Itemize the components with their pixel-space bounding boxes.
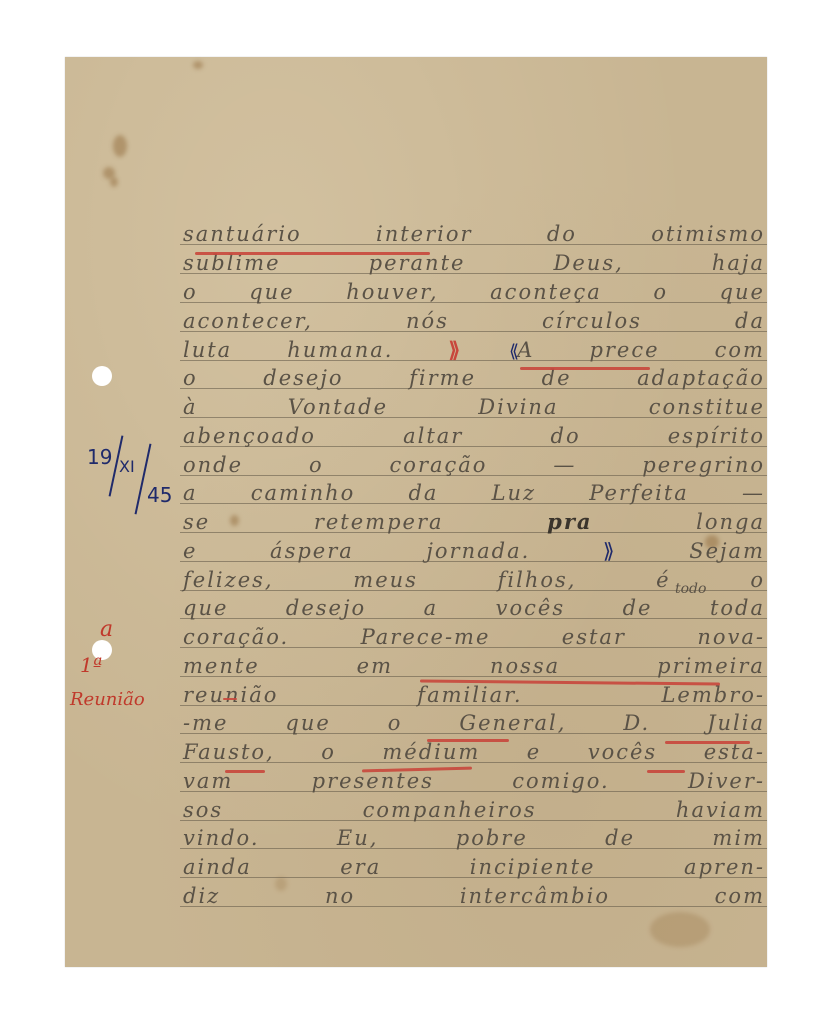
word: a <box>424 596 439 620</box>
date-month: XI <box>119 457 135 476</box>
word: Luz <box>492 481 537 505</box>
manuscript-page: santuário interior do otimismo sublime p… <box>65 57 767 967</box>
red-underline-a-prece <box>520 367 650 370</box>
manuscript-line-1: santuário interior do otimismo <box>183 222 765 246</box>
manuscript-line-22: vindo. Eu, pobre de mim <box>183 826 765 850</box>
word: filhos, <box>498 568 577 592</box>
word: Deus, <box>554 251 624 275</box>
word: nossa <box>490 654 560 678</box>
stain <box>110 177 118 187</box>
word: de <box>605 826 635 850</box>
manuscript-line-17: reunião familiar. Lembro- <box>183 683 765 707</box>
word: apren- <box>684 855 765 879</box>
blue-caret-mark: ⟪ <box>509 341 519 362</box>
word: desejo <box>263 366 343 390</box>
word: primeira <box>657 654 765 678</box>
punch-hole <box>92 366 112 386</box>
word: peregrino <box>642 453 765 477</box>
red-underline-general <box>427 739 509 742</box>
word: de <box>623 596 653 620</box>
stain <box>113 135 127 157</box>
word: haja <box>712 251 765 275</box>
word: estar <box>562 625 626 649</box>
manuscript-line-10: a caminho da Luz Perfeita — <box>183 481 765 505</box>
manuscript-line-9: onde o coração — peregrino <box>183 453 765 477</box>
word: constitue <box>649 395 765 419</box>
word: diz <box>183 884 220 908</box>
word: Eu, <box>337 826 379 850</box>
word: o <box>653 280 668 304</box>
manuscript-line-11: se retempera pra longa <box>183 510 765 534</box>
word: luta <box>183 338 232 362</box>
word: familiar. <box>417 683 522 707</box>
word: desejo <box>286 596 366 620</box>
word: se <box>183 510 210 534</box>
word: vocês <box>496 596 565 620</box>
manuscript-line-23: ainda era incipiente apren- <box>183 855 765 879</box>
word: firme <box>409 366 476 390</box>
word: do <box>551 424 581 448</box>
word: em <box>357 654 393 678</box>
word: toda <box>710 596 765 620</box>
word: adaptação <box>637 366 765 390</box>
word: haviam <box>676 798 765 822</box>
word: e <box>527 740 541 764</box>
word: vindo. <box>183 826 260 850</box>
manuscript-line-8: abençoado altar do espírito <box>183 424 765 448</box>
date-year: 45 <box>147 483 172 507</box>
word: Divina <box>478 395 558 419</box>
word: com <box>715 884 765 908</box>
word: da <box>735 309 765 333</box>
manuscript-line-6: o desejo firme de adaptação <box>183 366 765 390</box>
word: da <box>408 481 438 505</box>
word: ainda <box>183 855 252 879</box>
word: longa <box>696 510 765 534</box>
word: círculos <box>542 309 642 333</box>
word: é <box>656 568 670 592</box>
word: jornada. <box>426 539 530 563</box>
word: abençoado <box>183 424 316 448</box>
word: no <box>325 884 355 908</box>
word: A <box>517 338 534 362</box>
word: caminho <box>251 481 356 505</box>
word: o <box>309 453 324 477</box>
word: -me <box>183 711 228 735</box>
word: Sejam <box>689 539 765 563</box>
insertion-above: todo <box>675 581 706 597</box>
manuscript-line-12: e áspera jornada. ⟫ Sejam <box>183 539 765 563</box>
word: mim <box>712 826 765 850</box>
word: D. <box>623 711 650 735</box>
word: era <box>340 855 381 879</box>
manuscript-line-5: luta humana. ⟫ A prece com <box>183 338 765 362</box>
word: altar <box>403 424 463 448</box>
word: onde <box>183 453 243 477</box>
word: acontecer, <box>183 309 313 333</box>
red-dash-line18 <box>223 698 237 700</box>
word: meus <box>353 568 418 592</box>
word: nova- <box>697 625 765 649</box>
word: sos <box>183 798 223 822</box>
word: que <box>285 711 330 735</box>
word: intercâmbio <box>460 884 610 908</box>
word: houver, <box>346 280 438 304</box>
red-underline-fausto <box>225 770 265 773</box>
word: que <box>183 596 228 620</box>
word: humana. <box>287 338 393 362</box>
manuscript-line-15: coração. Parece-me estar nova- <box>183 625 765 649</box>
inserted-word: pra <box>547 510 592 534</box>
word: Perfeita <box>589 481 689 505</box>
red-underline-santuario-interior <box>195 252 430 255</box>
word: Lembro- <box>661 683 765 707</box>
manuscript-line-21: sos companheiros haviam <box>183 798 765 822</box>
word: áspera <box>270 539 354 563</box>
word: nós <box>406 309 449 333</box>
word: reunião <box>183 683 278 707</box>
blue-paragraph-mark: ⟫ <box>603 539 617 563</box>
red-note-ordinal: 1ª <box>80 653 102 677</box>
date-day: 19 <box>87 445 112 469</box>
word: Julia <box>707 711 765 735</box>
word: o <box>750 568 765 592</box>
word: interior <box>376 222 473 246</box>
word: coração <box>390 453 488 477</box>
word: Fausto, <box>183 740 275 764</box>
margin-date-note: 19 XI 45 <box>87 415 187 505</box>
word: comigo. <box>512 769 609 793</box>
word: prece <box>589 338 659 362</box>
red-underline-voces <box>647 770 685 773</box>
word: médium <box>382 740 480 764</box>
word: aconteça <box>490 280 602 304</box>
word: o <box>183 280 198 304</box>
word: do <box>547 222 577 246</box>
word: coração. <box>183 625 289 649</box>
word: Parece-me <box>361 625 491 649</box>
red-underline-julia <box>665 741 750 744</box>
word: o <box>321 740 336 764</box>
word: santuário <box>183 222 302 246</box>
word: companheiros <box>363 798 537 822</box>
manuscript-line-14: que desejo a vocês de toda <box>183 596 765 620</box>
word: presentes <box>312 769 434 793</box>
word: General, <box>459 711 566 735</box>
word: pobre <box>456 826 528 850</box>
word: o <box>388 711 403 735</box>
word: o <box>183 366 198 390</box>
red-note-reuniao: Reunião <box>70 689 145 710</box>
manuscript-line-24: diz no intercâmbio com <box>183 884 765 908</box>
manuscript-line-3: o que houver, aconteça o que <box>183 280 765 304</box>
word: Diver- <box>688 769 765 793</box>
word: felizes, <box>183 568 274 592</box>
word: mente <box>183 654 260 678</box>
word: que <box>720 280 765 304</box>
word: vocês <box>588 740 657 764</box>
red-note-a: a <box>100 617 113 642</box>
word: com <box>715 338 765 362</box>
manuscript-line-7: à Vontade Divina constitue <box>183 395 765 419</box>
manuscript-line-4: acontecer, nós círculos da <box>183 309 765 333</box>
stain <box>193 61 203 69</box>
margin-red-note: a 1ª Reunião <box>70 617 170 727</box>
manuscript-line-16: mente em nossa primeira <box>183 654 765 678</box>
word: — <box>742 481 765 505</box>
word: otimismo <box>651 222 765 246</box>
word: e <box>183 539 197 563</box>
word: retempera <box>314 510 444 534</box>
word: espírito <box>668 424 765 448</box>
word: — <box>553 453 576 477</box>
word: incipiente <box>470 855 596 879</box>
red-paragraph-mark: ⟫ <box>449 338 463 362</box>
manuscript-line-18: -me que o General, D. Julia <box>183 711 765 735</box>
word: que <box>249 280 294 304</box>
stain <box>650 912 710 947</box>
word: Vontade <box>288 395 388 419</box>
